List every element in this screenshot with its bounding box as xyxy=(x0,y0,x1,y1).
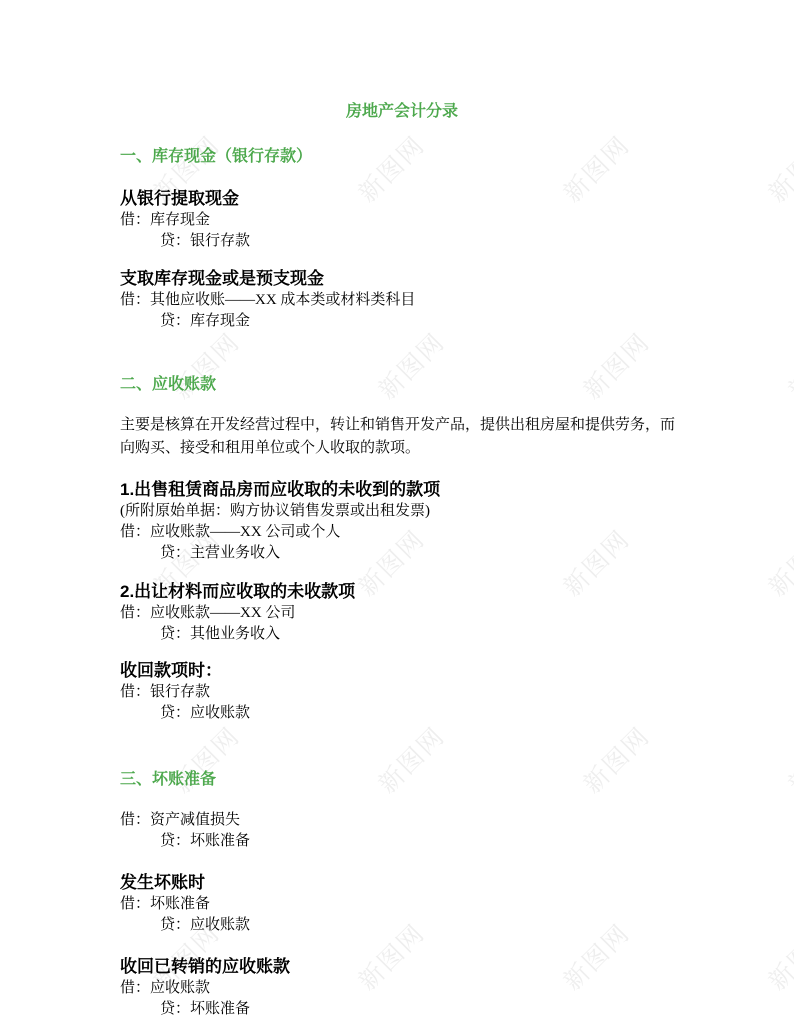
document-title: 房地产会计分录 xyxy=(120,101,684,123)
journal-entry: 发生坏账时 借：坏账准备 贷：应收账款 xyxy=(120,872,684,936)
section-heading-receivables: 二、应收账款 xyxy=(120,374,684,396)
debit-line: 借：库存现金 xyxy=(120,210,684,231)
credit-line: 贷：坏账准备 xyxy=(120,831,684,852)
entry-title: 1.出售租赁商品房而应收取的未收到的款项 xyxy=(120,479,684,501)
section-intro: 主要是核算在开发经营过程中，转让和销售开发产品，提供出租房屋和提供劳务，而向购买… xyxy=(120,414,686,460)
section-cash: 一、库存现金（银行存款） 从银行提取现金 借：库存现金 贷：银行存款 支取库存现… xyxy=(120,146,684,332)
entry-title: 发生坏账时 xyxy=(120,872,684,894)
section-receivables: 二、应收账款 主要是核算在开发经营过程中，转让和销售开发产品，提供出租房屋和提供… xyxy=(120,374,684,724)
journal-entry: 收回款项时： 借：银行存款 贷：应收账款 xyxy=(120,660,684,724)
debit-line: 借：应收账款——XX 公司 xyxy=(120,603,684,624)
credit-line: 贷：主营业务收入 xyxy=(120,543,684,564)
debit-line: 借：银行存款 xyxy=(120,682,684,703)
entry-title: 从银行提取现金 xyxy=(120,188,684,210)
journal-entry: 借：资产减值损失 贷：坏账准备 xyxy=(120,810,684,852)
section-heading-bad-debt: 三、坏账准备 xyxy=(120,769,684,791)
debit-line: 借：坏账准备 xyxy=(120,894,684,915)
journal-entry: 2.出让材料而应收取的未收款项 借：应收账款——XX 公司 贷：其他业务收入 xyxy=(120,581,684,645)
credit-line: 贷：银行存款 xyxy=(120,231,684,252)
entry-title: 2.出让材料而应收取的未收款项 xyxy=(120,581,684,603)
debit-line: 借：应收账款——XX 公司或个人 xyxy=(120,522,684,543)
document-content: 房地产会计分录 一、库存现金（银行存款） 从银行提取现金 借：库存现金 贷：银行… xyxy=(0,0,794,1020)
journal-entry: 收回已转销的应收账款 借：应收账款 贷：坏账准备 xyxy=(120,956,684,1020)
entry-title: 支取库存现金或是预支现金 xyxy=(120,268,684,290)
note-line: (所附原始单据：购方协议销售发票或出租发票) xyxy=(120,501,684,522)
credit-line: 贷：坏账准备 xyxy=(120,999,684,1020)
journal-entry: 支取库存现金或是预支现金 借：其他应收账——XX 成本类或材料类科目 贷：库存现… xyxy=(120,268,684,332)
document-page: 新图网新图网新图网新图网新图网新图网新图网新图网新图网新图网新图网新图网新图网新… xyxy=(0,0,794,1025)
journal-entry: 从银行提取现金 借：库存现金 贷：银行存款 xyxy=(120,188,684,252)
debit-line: 借：资产减值损失 xyxy=(120,810,684,831)
credit-line: 贷：库存现金 xyxy=(120,311,684,332)
credit-line: 贷：应收账款 xyxy=(120,915,684,936)
credit-line: 贷：应收账款 xyxy=(120,703,684,724)
section-bad-debt: 三、坏账准备 借：资产减值损失 贷：坏账准备 发生坏账时 借：坏账准备 贷：应收… xyxy=(120,769,684,1020)
debit-line: 借：应收账款 xyxy=(120,978,684,999)
entry-title: 收回款项时： xyxy=(120,660,684,682)
debit-line: 借：其他应收账——XX 成本类或材料类科目 xyxy=(120,290,684,311)
entry-title: 收回已转销的应收账款 xyxy=(120,956,684,978)
credit-line: 贷：其他业务收入 xyxy=(120,624,684,645)
journal-entry: 1.出售租赁商品房而应收取的未收到的款项 (所附原始单据：购方协议销售发票或出租… xyxy=(120,479,684,564)
section-heading-cash: 一、库存现金（银行存款） xyxy=(120,146,684,168)
